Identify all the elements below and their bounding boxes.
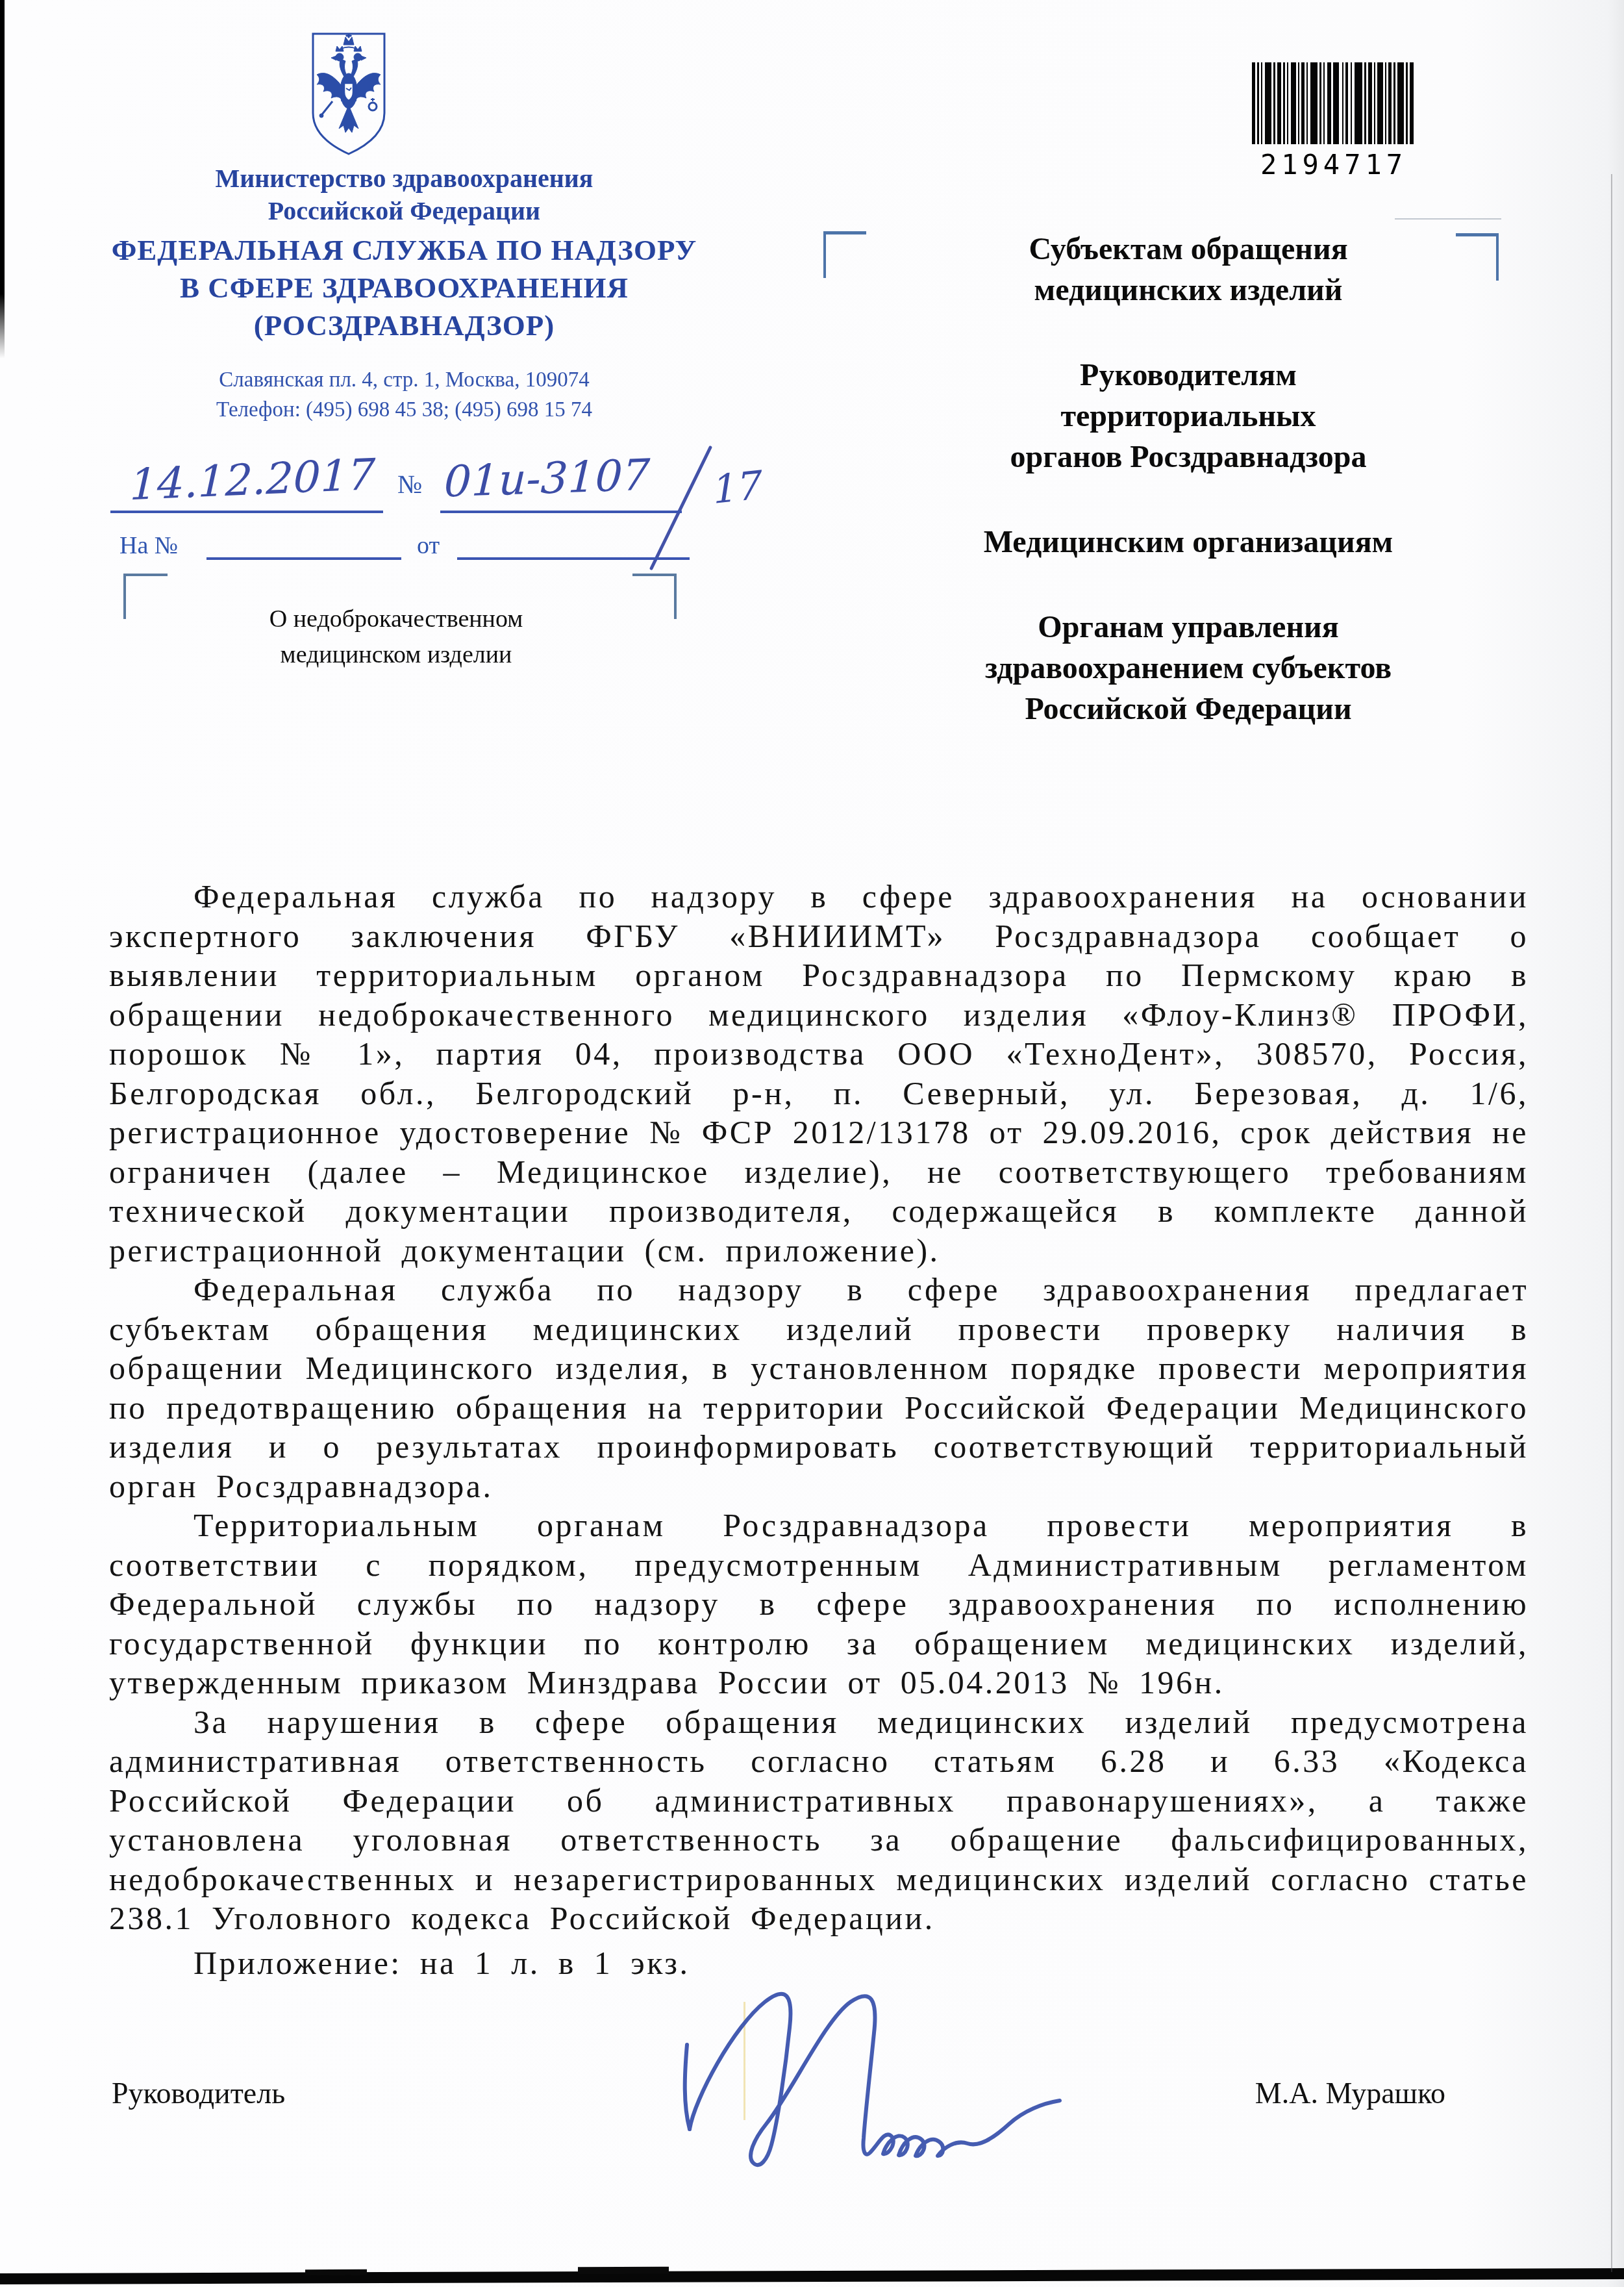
signer-name: М.А. Мурашко xyxy=(1188,2076,1445,2110)
addressee-line: Руководителям xyxy=(1080,358,1297,392)
signer-position: Руководитель xyxy=(112,2076,285,2110)
ministry-line2: Российской Федерации xyxy=(110,195,698,227)
reply-to-label: На № xyxy=(119,531,178,560)
service-line2: В СФЕРЕ ЗДРАВООХРАНЕНИЯ xyxy=(104,269,705,307)
addressee-line: территориальных xyxy=(1060,399,1316,433)
service-line3: (РОСЗДРАВНАДЗОР) xyxy=(104,307,705,344)
letter-body: Федеральная служба по надзору в сфере зд… xyxy=(109,877,1529,1982)
reply-from-label: от xyxy=(417,531,440,560)
russia-coat-of-arms-icon xyxy=(306,29,391,158)
addressee-line: здравоохранением субъектов xyxy=(985,651,1392,685)
barcode-bars xyxy=(1252,62,1416,144)
service-line1: ФЕДЕРАЛЬНАЯ СЛУЖБА ПО НАДЗОРУ xyxy=(104,231,705,269)
letterhead-phone: Телефон: (495) 698 45 38; (495) 698 15 7… xyxy=(110,395,698,425)
crop-mark-subject-right xyxy=(632,574,677,576)
subject-line2: медицинском изделии xyxy=(208,637,584,673)
addressee-line: Органам управления xyxy=(1038,610,1338,644)
addressee-line: Медицинским организациям xyxy=(984,525,1393,559)
addressee-block: Субъектам обращения медицинских изделий … xyxy=(860,229,1516,774)
signature-ink xyxy=(656,1968,1110,2199)
handwritten-slash xyxy=(649,446,712,571)
scan-artifact-nub xyxy=(578,2267,669,2275)
service-header: ФЕДЕРАЛЬНАЯ СЛУЖБА ПО НАДЗОРУ В СФЕРЕ ЗД… xyxy=(104,231,705,344)
crop-mark-top-left xyxy=(823,231,826,278)
crop-mark-subject-right xyxy=(674,574,677,619)
number-underline xyxy=(440,511,682,513)
handwritten-number-suffix: 17 xyxy=(712,462,763,513)
ministry-line1: Министерство здравоохранения xyxy=(110,162,698,195)
crop-mark-subject-left xyxy=(123,574,168,576)
addressee-line: Субъектам обращения xyxy=(1029,232,1347,266)
barcode-number: 2194717 xyxy=(1252,149,1416,181)
body-paragraph: Территориальным органам Росздравнадзора … xyxy=(109,1506,1529,1702)
scan-artifact-bottom-bar xyxy=(0,2268,1624,2284)
reply-date-underline xyxy=(457,557,690,560)
scan-artifact-nub xyxy=(305,2269,367,2275)
scan-artifact-right-edge xyxy=(1611,174,1612,2272)
body-paragraph: Федеральная служба по надзору в сфере зд… xyxy=(109,1270,1529,1506)
handwritten-number: 01и-3107 xyxy=(443,449,651,507)
addressee-group: Медицинским организациям xyxy=(860,522,1516,562)
addressee-group: Субъектам обращения медицинских изделий xyxy=(860,229,1516,310)
ministry-header: Министерство здравоохранения Российской … xyxy=(110,162,698,227)
barcode: 2194717 xyxy=(1252,62,1416,181)
addressee-line: медицинских изделий xyxy=(1034,273,1343,307)
crop-mark-subject-left xyxy=(123,574,126,619)
addressee-group: Органам управления здравоохранением субъ… xyxy=(860,607,1516,729)
scan-artifact-line xyxy=(1395,218,1501,220)
body-paragraph: Федеральная служба по надзору в сфере зд… xyxy=(109,877,1529,1270)
letterhead-contacts: Славянская пл. 4, стр. 1, Москва, 109074… xyxy=(110,365,698,425)
number-sign-label: № xyxy=(397,469,422,499)
subject-line1: О недоброкачественном xyxy=(208,601,584,637)
body-paragraph: За нарушения в сфере обращения медицинск… xyxy=(109,1702,1529,1938)
scan-artifact-left-edge xyxy=(0,0,5,359)
letterhead-address: Славянская пл. 4, стр. 1, Москва, 109074 xyxy=(110,365,698,395)
handwritten-date: 14.12.2017 xyxy=(129,449,376,511)
scanned-letter-page: Министерство здравоохранения Российской … xyxy=(0,0,1624,2287)
date-underline xyxy=(110,511,383,513)
addressee-line: органов Росздравнадзора xyxy=(1010,440,1366,474)
addressee-line: Российской Федерации xyxy=(1025,692,1351,726)
addressee-group: Руководителям территориальных органов Ро… xyxy=(860,355,1516,477)
reply-number-underline xyxy=(206,557,401,560)
subject-block: О недоброкачественном медицинском издели… xyxy=(208,601,584,673)
